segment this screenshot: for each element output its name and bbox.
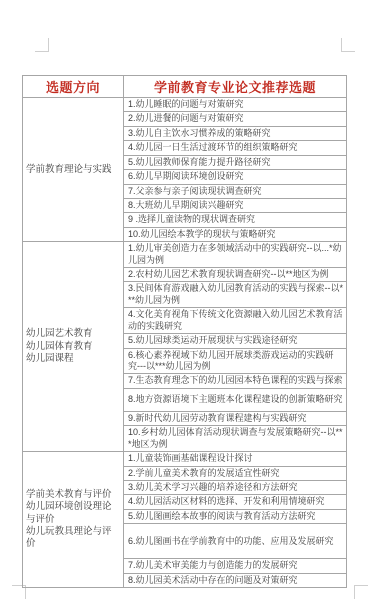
topic-cell: 7.生态教育理念下的幼儿园园本特色课程的实践与探索 [124,374,347,388]
direction-label: 幼儿玩教具理论与评价 [26,526,120,550]
topic-cell: 2.农村幼儿园艺术教育现状调查研究--以**地区为例 [124,268,347,282]
topic-cell: 5.幼儿园球类运动开展现状与实践途径研究 [124,334,347,348]
direction-label: 幼儿园艺术教育 [26,328,120,340]
topic-cell: 4.幼儿园一日生活过渡环节的组织策略研究 [124,141,347,155]
direction-cell: 学前美术教育与评价幼儿园环境创设理论与评价幼儿玩教具理论与评价 [23,452,124,588]
table-body: 学前教育理论与实践1.幼儿睡眠的问题与对策研究2.幼儿进餐的问题与对策研究3.幼… [23,98,347,588]
document-page: 选题方向 学前教育专业论文推荐选题 学前教育理论与实践1.幼儿睡眠的问题与对策研… [0,0,369,600]
topic-cell: 10.幼儿园绘本教学的现状与策略研究 [124,227,347,241]
topic-cell: 1.幼儿睡眠的问题与对策研究 [124,98,347,112]
direction-label: 学前美术教育与评价 [26,489,120,501]
topic-cell: 3.幼儿美术学习兴趣的培养途径和方法研究 [124,480,347,494]
crop-mark-top-left [35,38,49,52]
direction-label: 幼儿园课程 [26,353,120,365]
topic-cell: 8.地方资源语境下主题班本化课程建设的创新策略研究 [124,388,347,411]
direction-cell: 幼儿园艺术教育幼儿园体育教育幼儿园课程 [23,242,124,452]
topic-cell: 2.学前儿童美术教育的发展适宜性研究 [124,466,347,480]
topic-cell: 3.幼儿自主饮水习惯养成的策略研究 [124,126,347,140]
topic-cell: 9.新时代幼儿园劳动教育课程建构与实践研究 [124,411,347,425]
topic-cell: 6.核心素养视域下幼儿园开展球类游戏运动的实践研究---以***幼儿园为例 [124,348,347,374]
topic-cell: 5.幼儿园教师保育能力提升路径研究 [124,155,347,169]
header-direction: 选题方向 [23,76,124,98]
topic-cell: 4.文化美育视角下传统文化资源融入幼儿园艺术教育活动的实践研究 [124,308,347,334]
direction-label: 学前教育理论与实践 [26,164,120,176]
topic-cell: 7.父亲参与亲子阅读现状调查研究 [124,184,347,198]
crop-mark-bottom-right [354,585,368,599]
topic-cell: 9 .选择儿童读物的现状调查研究 [124,213,347,227]
topic-cell: 6.幼儿早期阅读环境创设研究 [124,170,347,184]
table-row: 幼儿园艺术教育幼儿园体育教育幼儿园课程1.幼儿审美创造力在多领域活动中的实践研究… [23,242,347,268]
topic-cell: 3.民间体育游戏融入幼儿园教育活动的实践与探索--以***幼儿园为例 [124,282,347,308]
direction-label: 幼儿园环境创设理论与评价 [26,501,120,525]
direction-label: 幼儿园体育教育 [26,341,120,353]
table-row: 学前美术教育与评价幼儿园环境创设理论与评价幼儿玩教具理论与评价1.儿童装饰画基础… [23,452,347,466]
topic-cell: 1.儿童装饰画基础课程设计探讨 [124,452,347,466]
topic-cell: 2.幼儿进餐的问题与对策研究 [124,112,347,126]
topic-cell: 10.乡村幼儿园体育活动现状调查与发展策略研究--以***地区为例 [124,426,347,452]
topic-cell: 7.幼儿美术审美能力与创造能力的发展研究 [124,559,347,573]
topic-cell: 4.幼儿园活动区材料的选择、开发和利用情境研究 [124,495,347,509]
topic-cell: 5.幼儿图画绘本故事的阅读与教育活动方法研究 [124,509,347,523]
header-topics: 学前教育专业论文推荐选题 [124,76,347,98]
recommended-topics-table: 选题方向 学前教育专业论文推荐选题 学前教育理论与实践1.幼儿睡眠的问题与对策研… [22,75,347,588]
crop-mark-top-right [341,38,355,52]
topic-cell: 8.幼儿园美术活动中存在的问题及对策研究 [124,573,347,587]
table-header-row: 选题方向 学前教育专业论文推荐选题 [23,76,347,98]
direction-cell: 学前教育理论与实践 [23,98,124,242]
topic-cell: 8.大班幼儿早期阅读兴趣研究 [124,198,347,212]
topic-cell: 1.幼儿审美创造力在多领域活动中的实践研究--以...*幼儿园为例 [124,242,347,268]
table-row: 学前教育理论与实践1.幼儿睡眠的问题与对策研究 [23,98,347,112]
topic-cell: 6.幼儿图画书在学前教育中的功能、应用及发展研究 [124,524,347,559]
